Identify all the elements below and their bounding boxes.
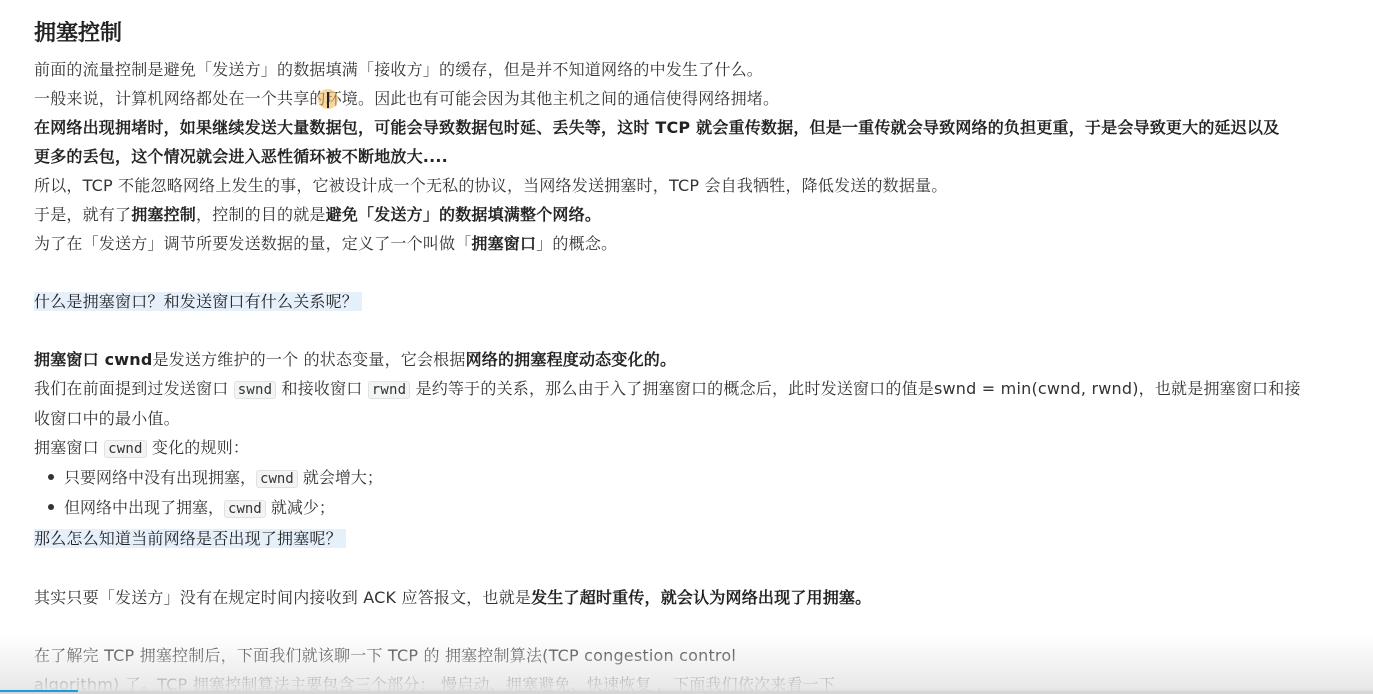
text: 我们在前面提到过发送窗口 — [34, 379, 234, 398]
question-highlight: 什么是拥塞窗口？和发送窗口有什么关系呢？ — [34, 292, 362, 311]
paragraph-congestion-purpose: 于是，就有了拥塞控制，控制的目的就是避免「发送方」的数据填满整个网络。 — [34, 200, 601, 229]
text: 是约等于的关系，那么由于入了拥塞窗口的概念后，此时发送窗口的值是swnd = m… — [410, 379, 1300, 398]
bold-text: 发生了超时重传，就会认为网络出现了用拥塞。 — [531, 588, 871, 607]
bold-text: 拥塞窗口 — [471, 234, 536, 253]
text: 为了在「发送方」调节所要发送数据的量，定义了一个叫做「 — [34, 234, 471, 253]
code-cwnd: cwnd — [256, 470, 298, 488]
code-cwnd: cwnd — [224, 500, 266, 518]
paragraph-swnd-rwnd: 我们在前面提到过发送窗口 swnd 和接收窗口 rwnd 是约等于的关系，那么由… — [34, 374, 1301, 405]
question-highlight: 那么怎么知道当前网络是否出现了拥塞呢？ — [34, 529, 346, 548]
paragraph-tcp-selfless: 所以，TCP 不能忽略网络上发生的事，它被设计成一个无私的协议，当网络发送拥塞时… — [34, 171, 948, 200]
paragraph-cwnd-rules: 拥塞窗口 cwnd 变化的规则： — [34, 433, 249, 464]
text: 其实只要「发送方」没有在规定时间内接收到 ACK 应答报文，也就是 — [34, 588, 531, 607]
list-item: 但网络中出现了拥塞，cwnd 就减少； — [48, 493, 335, 524]
text: 于是，就有了 — [34, 205, 131, 224]
bold-text: 避免「发送方」的数据填满整个网络。 — [326, 205, 601, 224]
text: 只要网络中没有出现拥塞， — [64, 468, 256, 487]
page-title: 拥塞控制 — [34, 18, 122, 50]
paragraph-congestion-window-def: 为了在「发送方」调节所要发送数据的量，定义了一个叫做「拥塞窗口」的概念。 — [34, 229, 617, 258]
bold-text: 网络的拥塞程度动态变化的。 — [466, 350, 677, 369]
paragraph-shared-env: 一般来说，计算机网络都处在一个共享的环境。因此也有可能会因为其他主机之间的通信使… — [34, 84, 779, 113]
code-swnd: swnd — [234, 381, 277, 399]
paragraph-congestion-bold-2: 更多的丢包，这个情况就会进入恶性循环被不断地放大.... — [34, 142, 448, 171]
paragraph-flow-control: 前面的流量控制是避免「发送方」的数据填满「接收方」的缓存，但是并不知道网络的中发… — [34, 55, 763, 84]
text: 是发送方维护的一个 的状态变量，它会根据 — [152, 350, 465, 369]
text: 变化的规则： — [147, 438, 250, 457]
text: 」的概念。 — [536, 234, 617, 253]
text: 就会增大； — [298, 468, 383, 487]
code-cwnd: cwnd — [104, 440, 147, 458]
bullet-icon — [48, 504, 54, 510]
paragraph-swnd-rwnd-cont: 收窗口中的最小值。 — [34, 404, 180, 433]
paragraph-timeout: 其实只要「发送方」没有在规定时间内接收到 ACK 应答报文，也就是发生了超时重传… — [34, 583, 871, 612]
paragraph-congestion-bold-1: 在网络出现拥堵时，如果继续发送大量数据包，可能会导致数据包时延、丢失等，这时 T… — [34, 113, 1279, 142]
text: 拥塞窗口 — [34, 438, 104, 457]
text: ，控制的目的就是 — [196, 205, 326, 224]
paragraph-algorithm-1: 在了解完 TCP 拥塞控制后，下面我们就该聊一下 TCP 的 拥塞控制算法(TC… — [34, 641, 736, 670]
bullet-icon — [48, 474, 54, 480]
bold-text: 拥塞窗口 cwnd — [34, 350, 152, 369]
progress-bar[interactable] — [0, 690, 78, 692]
question-1: 什么是拥塞窗口？和发送窗口有什么关系呢？ — [34, 287, 362, 316]
text: 但网络中出现了拥塞， — [64, 498, 224, 517]
text-cursor-icon — [327, 92, 329, 108]
text: 和接收窗口 — [276, 379, 368, 398]
code-rwnd: rwnd — [368, 381, 411, 399]
question-2: 那么怎么知道当前网络是否出现了拥塞呢？ — [34, 524, 346, 553]
text: 就减少； — [266, 498, 335, 517]
paragraph-cwnd: 拥塞窗口 cwnd是发送方维护的一个 的状态变量，它会根据网络的拥塞程度动态变化… — [34, 345, 676, 374]
bold-text: 拥塞控制 — [131, 205, 196, 224]
list-item: 只要网络中没有出现拥塞，cwnd 就会增大； — [48, 463, 383, 494]
